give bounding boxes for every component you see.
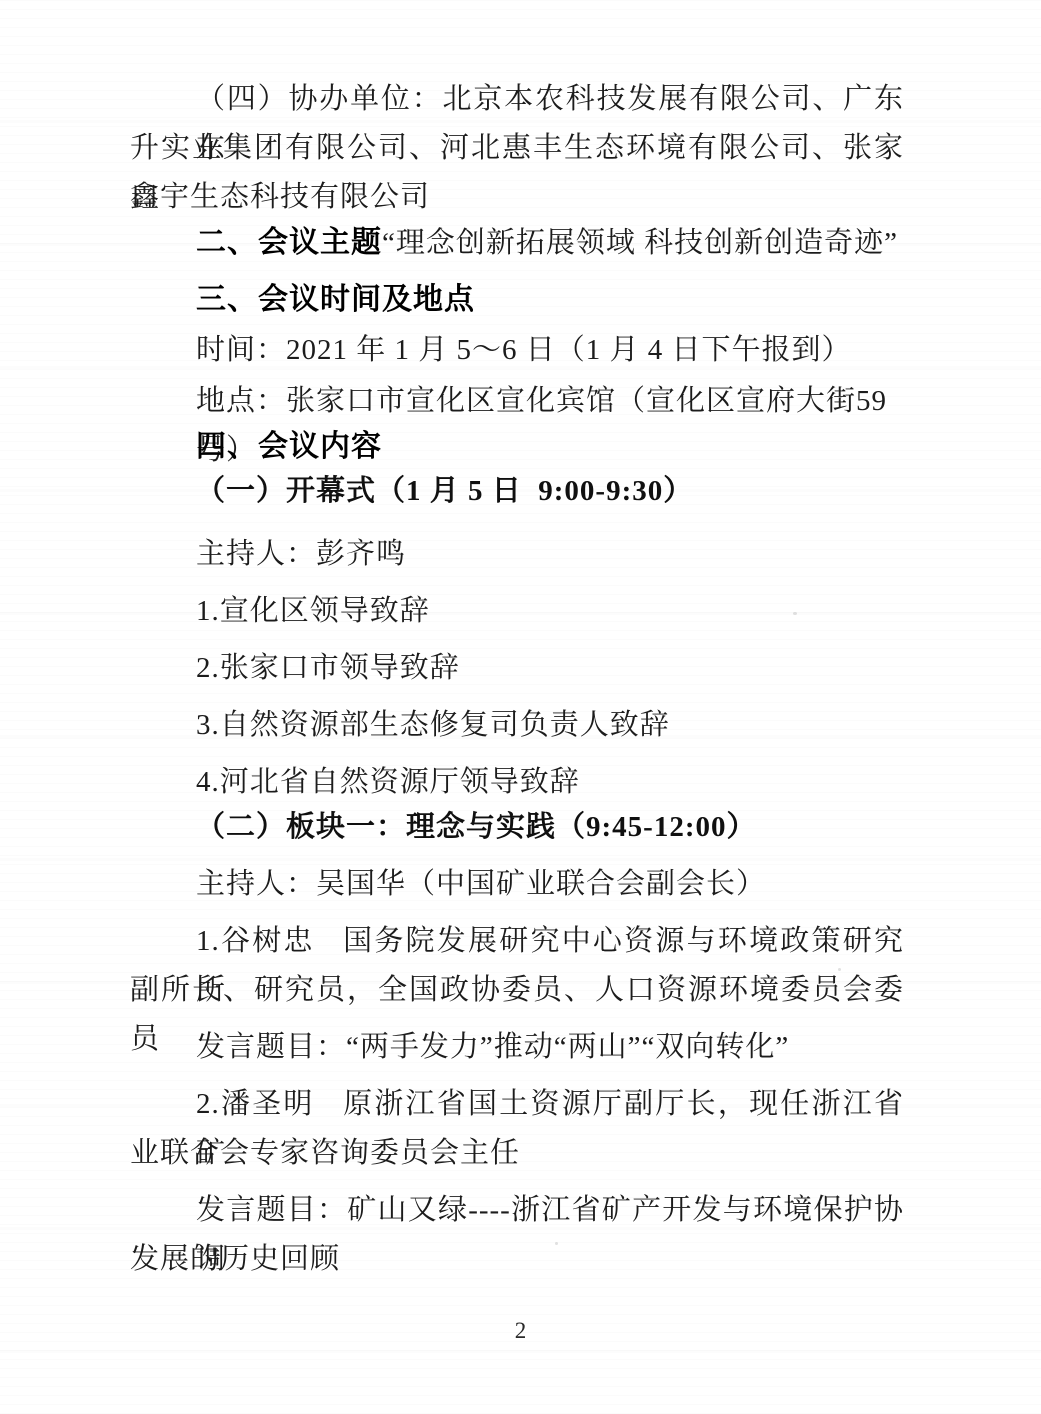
document-line: 副所长、研究员，全国政协委员、人口资源环境委员会委员 — [130, 966, 904, 1015]
scanned-document-page: （四）协办单位：北京本农科技发展有限公司、广东东升实业集团有限公司、河北惠丰生态… — [0, 0, 1041, 1414]
document-content: （四）协办单位：北京本农科技发展有限公司、广东东升实业集团有限公司、河北惠丰生态… — [130, 75, 904, 1284]
speech-topic-1: 发言题目：“两手发力”推动“两山”“双向转化” — [130, 1023, 904, 1072]
document-line: 地点：张家口市宣化区宣化宾馆（宣化区宣府大街59 号） — [130, 377, 904, 426]
opening-item-1: 1.宣化区领导致辞 — [130, 587, 904, 636]
document-line: （二）板块一：理念与实践（9:45-12:00） — [130, 803, 904, 852]
opening-item-4: 4.河北省自然资源厅领导致辞 — [130, 758, 904, 807]
document-line: 2.潘圣明 原浙江省国土资源厅副厅长，现任浙江省矿 — [130, 1080, 904, 1129]
text-run: 鑫宇生态科技有限公司 — [130, 181, 430, 213]
document-line: 发言题目：矿山又绿----浙江省矿产开发与环境保护协调 — [130, 1186, 904, 1235]
text-run: 主持人：彭齐鸣 — [196, 538, 406, 570]
page-number: 2 — [0, 1316, 1041, 1346]
speaker-1-gu-shuzhong: 1.谷树忠 国务院发展研究中心资源与环境政策研究所副所长、研究员，全国政协委员、… — [130, 917, 904, 1015]
document-line: 时间：2021 年 1 月 5～6 日（1 月 4 日下午报到） — [130, 326, 904, 375]
text-run: 三、会议时间及地点 — [196, 283, 475, 316]
part-2-plate-one: （二）板块一：理念与实践（9:45-12:00） — [130, 803, 904, 852]
co-organizers-paragraph: （四）协办单位：北京本农科技发展有限公司、广东东升实业集团有限公司、河北惠丰生态… — [130, 75, 904, 222]
document-line: 主持人：吴国华（中国矿业联合会副会长） — [130, 860, 904, 909]
meeting-time: 时间：2021 年 1 月 5～6 日（1 月 4 日下午报到） — [130, 326, 904, 375]
text-run: 主持人：吴国华（中国矿业联合会副会长） — [196, 868, 766, 900]
document-line: 二、会议主题“理念创新拓展领域 科技创新创造奇迹” — [130, 218, 904, 267]
document-line: 业联合会专家咨询委员会主任 — [130, 1129, 904, 1178]
document-line: （一）开幕式（1 月 5 日 9:00-9:30） — [130, 467, 904, 516]
part-1-opening-ceremony: （一）开幕式（1 月 5 日 9:00-9:30） — [130, 467, 904, 516]
section-3-time-place: 三、会议时间及地点 — [130, 275, 904, 324]
document-line: 四、会议内容 — [130, 422, 904, 471]
text-run: 时间：2021 年 1 月 5～6 日（1 月 4 日下午报到） — [196, 334, 852, 366]
text-run: 4.河北省自然资源厅领导致辞 — [196, 766, 580, 798]
document-line: （四）协办单位：北京本农科技发展有限公司、广东东 — [130, 75, 904, 124]
scan-speck — [838, 968, 841, 971]
speech-topic-2: 发言题目：矿山又绿----浙江省矿产开发与环境保护协调发展的历史回顾 — [130, 1186, 904, 1284]
text-run: 发展的历史回顾 — [130, 1243, 340, 1275]
document-line: 发言题目：“两手发力”推动“两山”“双向转化” — [130, 1023, 904, 1072]
scan-speck — [793, 612, 797, 615]
host-peng-qiming: 主持人：彭齐鸣 — [130, 530, 904, 579]
text-run: 四、会议内容 — [196, 430, 382, 463]
section-2-theme: 二、会议主题“理念创新拓展领域 科技创新创造奇迹” — [130, 218, 904, 267]
text-run: 业联合会专家咨询委员会主任 — [130, 1137, 520, 1169]
text-run: 二、会议主题 — [196, 226, 382, 259]
text-run: “理念创新拓展领域 科技创新创造奇迹” — [382, 227, 898, 259]
document-line: 三、会议时间及地点 — [130, 275, 904, 324]
text-run: （二）板块一：理念与实践（9:45-12:00） — [196, 811, 756, 843]
document-line: 1.谷树忠 国务院发展研究中心资源与环境政策研究所 — [130, 917, 904, 966]
host-wu-guohua: 主持人：吴国华（中国矿业联合会副会长） — [130, 860, 904, 909]
opening-item-3: 3.自然资源部生态修复司负责人致辞 — [130, 701, 904, 750]
speaker-2-pan-shengming: 2.潘圣明 原浙江省国土资源厅副厅长，现任浙江省矿业联合会专家咨询委员会主任 — [130, 1080, 904, 1178]
text-run: 2.张家口市领导致辞 — [196, 652, 460, 684]
document-line: 鑫宇生态科技有限公司 — [130, 173, 904, 222]
document-line: 发展的历史回顾 — [130, 1235, 904, 1284]
section-4-content: 四、会议内容 — [130, 422, 904, 471]
document-line: 2.张家口市领导致辞 — [130, 644, 904, 693]
opening-item-2: 2.张家口市领导致辞 — [130, 644, 904, 693]
meeting-place: 地点：张家口市宣化区宣化宾馆（宣化区宣府大街59 号） — [130, 377, 904, 426]
document-line: 3.自然资源部生态修复司负责人致辞 — [130, 701, 904, 750]
document-line: 4.河北省自然资源厅领导致辞 — [130, 758, 904, 807]
text-run: 1.宣化区领导致辞 — [196, 595, 430, 627]
document-line: 主持人：彭齐鸣 — [130, 530, 904, 579]
text-run: （一）开幕式（1 月 5 日 9:00-9:30） — [196, 475, 693, 507]
scan-speck — [555, 1242, 558, 1245]
text-run: 发言题目：“两手发力”推动“两山”“双向转化” — [196, 1031, 789, 1063]
document-line: 升实业集团有限公司、河北惠丰生态环境有限公司、张家口 — [130, 124, 904, 173]
document-line: 1.宣化区领导致辞 — [130, 587, 904, 636]
text-run: 3.自然资源部生态修复司负责人致辞 — [196, 709, 670, 741]
